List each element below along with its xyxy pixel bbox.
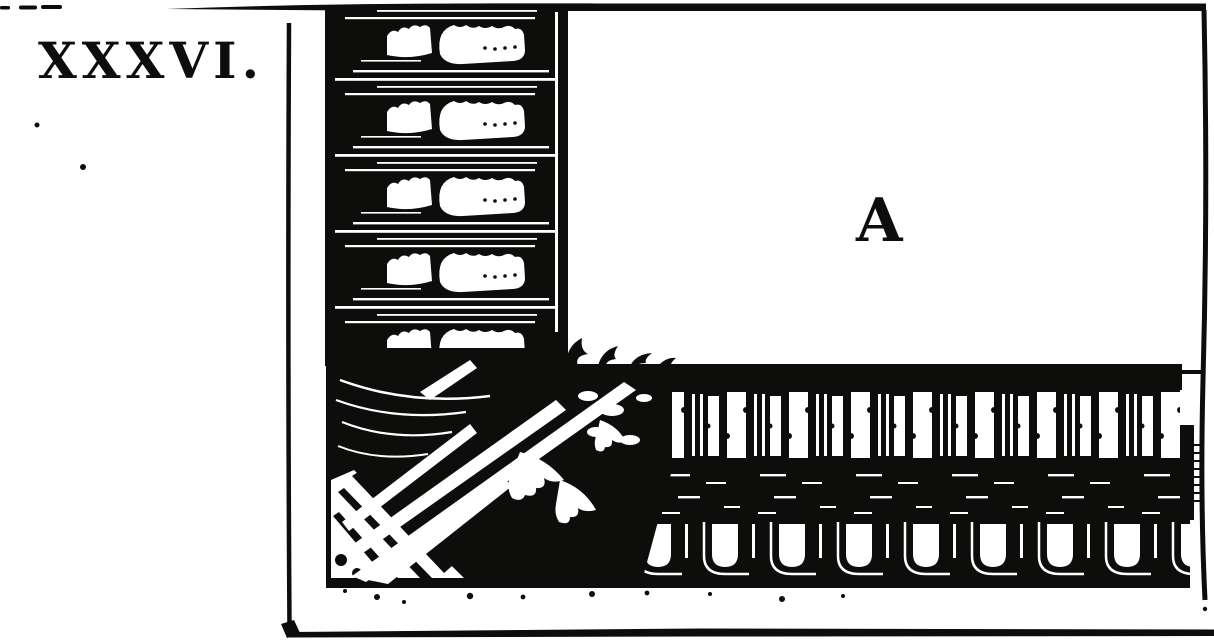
corner-acanthus-foliage xyxy=(326,338,676,588)
left-rule xyxy=(281,23,300,638)
frame-corner-engraving xyxy=(0,0,1214,643)
frame-vertical-border xyxy=(325,5,568,366)
bottom-rule xyxy=(289,629,1214,638)
top-rule xyxy=(0,3,1206,11)
scanned-plate-page: { "page": { "background_color": "#ffffff… xyxy=(0,0,1214,643)
right-rule xyxy=(1202,10,1207,611)
